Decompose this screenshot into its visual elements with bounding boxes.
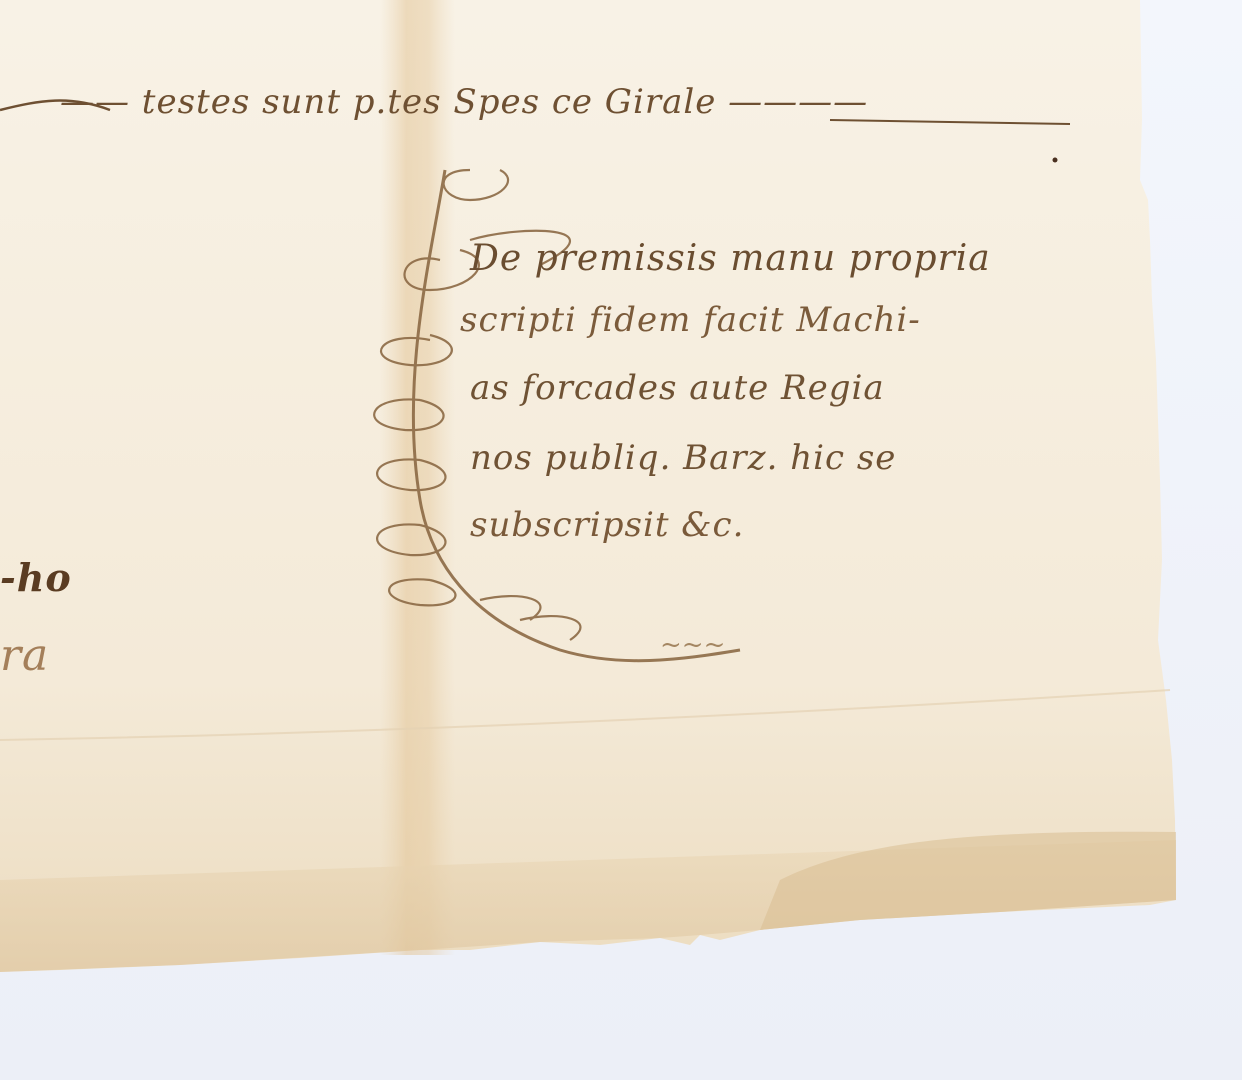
manuscript-line-witnesses: —— testes sunt p.tes Spes ce Girale ————: [60, 82, 868, 122]
manuscript-line-1: De premissis manu propria: [470, 238, 991, 279]
manuscript-line-5: subscripsit &c.: [470, 505, 744, 545]
manuscript-line-4: nos publiq. Barz. hic se: [470, 438, 896, 478]
manuscript-fragment-left-2: ra: [0, 630, 49, 681]
manuscript-page: —— testes sunt p.tes Spes ce Girale ————…: [0, 0, 1242, 1080]
flourish-tail: ~~~: [660, 630, 725, 660]
manuscript-line-2: scripti fidem facit Machi-: [460, 300, 921, 340]
manuscript-line-3: as forcades aute Regia: [470, 368, 885, 408]
paper-body: [0, 0, 1176, 972]
manuscript-fragment-left-1: -ho: [0, 555, 72, 600]
